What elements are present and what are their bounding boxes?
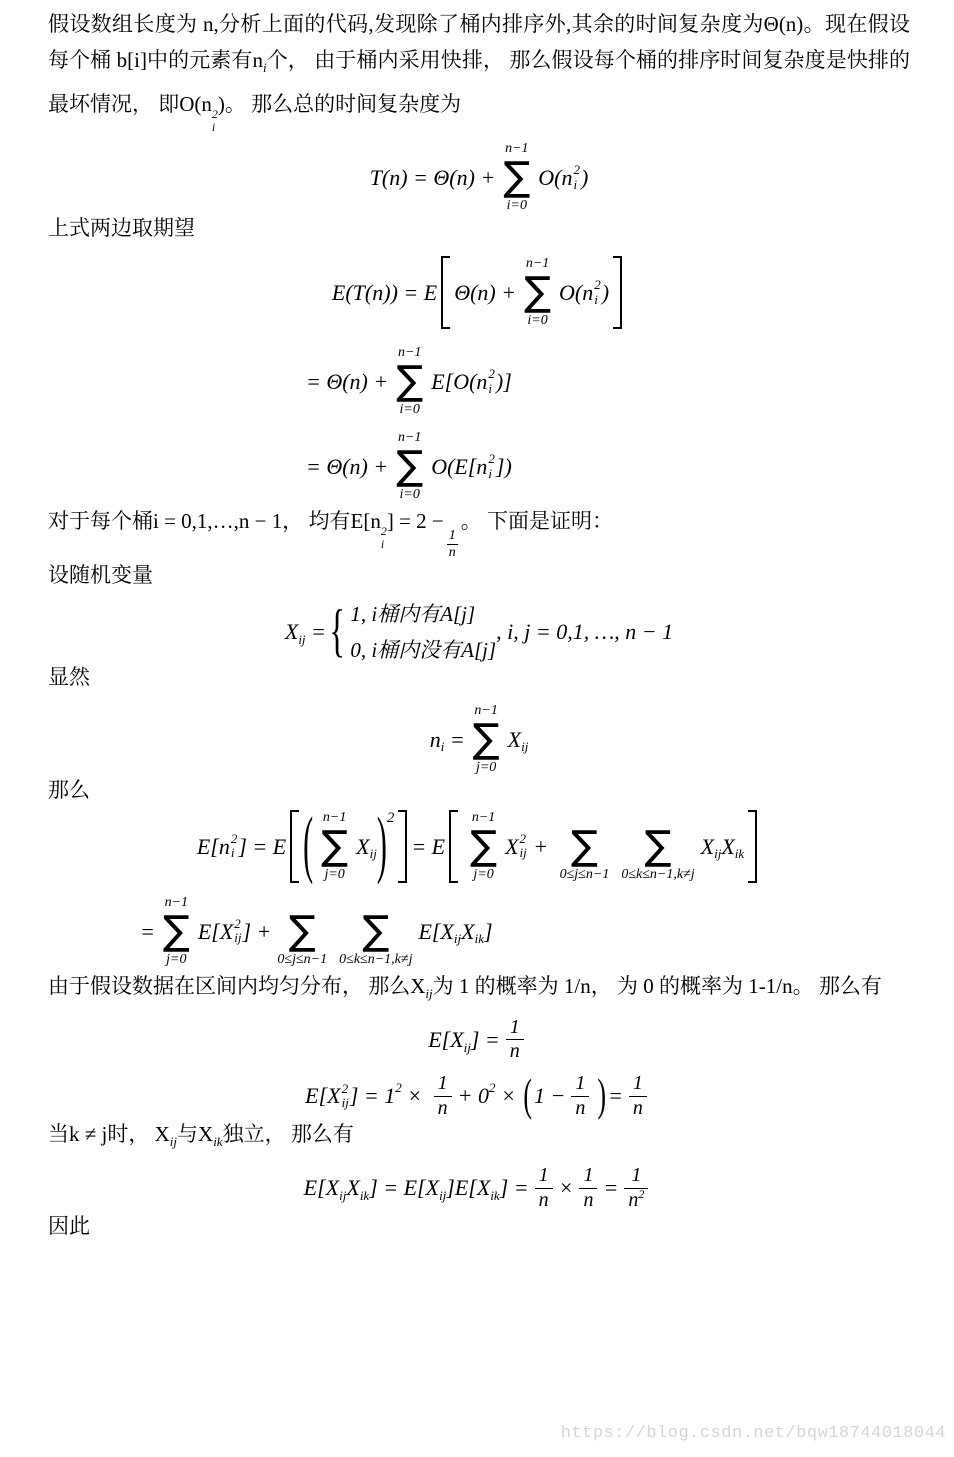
formula-total-time-complexity: T(n) = Θ(n) + n−1∑i=0 O(n 2i ) [48,141,910,214]
fraction: 1n [629,1072,647,1120]
math-run: + [528,833,554,861]
sup-sub-stack: 2i [488,452,495,481]
math-run: ]E[X [446,1174,490,1202]
paragraph-uniform-distribution: 由于假设数据在区间内均匀分布， 那么Xij为 1 的概率为 1/n， 为 0 的… [48,968,910,1012]
math-run: E[X [305,1082,340,1110]
label-define-random-variable: 设随机变量 [48,561,910,589]
paragraph-intro: 假设数组长度为 n,分析上面的代码,发现除了桶内排序外,其余的时间复杂度为Θ(n… [48,6,910,133]
left-brace-icon: { [329,603,345,662]
paragraph-independence: 当k ≠ j时， Xij与Xik独立， 那么有 [48,1120,910,1156]
math-run: = [140,918,155,946]
left-bracket [449,810,458,883]
summation-symbol: n−1∑i=0 [501,141,532,214]
denominator-squared: n2 [624,1188,648,1213]
summation-symbol: ∑0≤k≤n−1,k≠j [339,895,412,968]
formula-e-xij: E[X ij ] = 1n [48,1016,910,1064]
label-then: 那么 [48,776,910,804]
math-run: X [356,833,369,861]
fraction: 1n [579,1164,597,1212]
math-run: T(n) = Θ(n) + [370,164,496,192]
math-run: E[X [304,1174,339,1202]
sigma-icon: ∑ [360,911,391,952]
right-paren-icon: ) [597,1073,606,1119]
fraction: 1n [535,1164,553,1212]
watermark: https://blog.csdn.net/bqw18744018044 [561,1424,946,1443]
math-run: ) [581,164,588,192]
math-run: = Θ(n) + [306,368,388,396]
math-run: X [721,833,734,861]
sup-sub-stack: 2ij [342,1082,349,1111]
formula-expectation-step3: = Θ(n) + n−1∑i=0 O(E[n 2i ]) [48,430,910,503]
sigma-icon: ∑ [394,361,425,402]
label-therefore: 因此 [48,1212,910,1240]
math-run: ] = 1 [350,1082,395,1110]
math-run: ] = E[X [369,1174,439,1202]
math-run: E[n [197,833,230,861]
summation-symbol: n−1∑i=0 [394,345,425,418]
subscript: ij [464,1040,471,1056]
subscript: ij [714,846,721,862]
left-bracket [290,810,299,883]
subscript: i [441,739,445,755]
math-run: O(n [538,164,572,192]
sigma-icon: ∑ [522,272,553,313]
sigma-icon: ∑ [319,826,350,867]
math-run: ] [484,918,493,946]
math-run: ] + [243,918,272,946]
math-run: × [495,1082,521,1110]
case-one: 1, i桶内有A[j] [350,601,475,627]
math-run: E[X [198,918,233,946]
sigma-icon: ∑ [468,826,499,867]
subscript: ik [490,1188,499,1204]
sup-sub-stack: 2i [573,163,580,192]
case-zero: 0, i桶内没有A[j] [350,637,496,663]
math-run: = [608,1082,623,1110]
sigma-icon: ∑ [394,446,425,487]
document-body: 假设数组长度为 n,分析上面的代码,发现除了桶内排序外,其余的时间复杂度为Θ(n… [0,0,954,1240]
math-run: = [444,726,464,754]
math-run: × [559,1174,574,1202]
math-run: 1 − [534,1082,565,1110]
superscript: 2 [489,1080,496,1096]
math-run: + 0 [458,1082,489,1110]
subscript: ij [339,1188,346,1204]
squared-superscript: 2 [387,809,395,828]
summation-symbol: ∑0≤j≤n−1 [560,810,610,883]
math-run: = E [411,833,445,861]
right-bracket [748,810,757,883]
math-run: E[O(n [431,368,487,396]
fraction: 1n2 [624,1164,648,1212]
subscript: ij [454,931,461,947]
sup-sub-stack: 2i [231,832,238,861]
summation-symbol: n−1∑j=0 [319,810,350,883]
intro-text-3: )。 那么总的时间复杂度为 [218,92,461,116]
summation-symbol: n−1∑i=0 [522,256,553,329]
left-paren-icon: ( [523,1073,532,1119]
label-obviously: 显然 [48,663,910,691]
math-run: = [306,618,326,646]
formula-expectation-step2: = Θ(n) + n−1∑i=0 E[O(n 2i )] [48,345,910,418]
inline-fraction: 1n [447,528,458,561]
math-run: E[X [418,918,453,946]
subscript: ik [735,846,744,862]
fraction: 1n [571,1072,589,1120]
math-run: )] [496,368,512,396]
math-run: X [505,833,518,861]
formula-expand-square: E[n 2i ] = E ( n−1∑j=0 X ij ) 2 = E n−1∑… [48,810,910,883]
subscript-ik: ik [213,1134,222,1149]
math-run: X [701,833,714,861]
math-run: O(n [559,279,593,307]
summation-symbol: n−1∑j=0 [471,703,502,776]
left-bracket [441,256,450,329]
summation-symbol: ∑0≤k≤n−1,k≠j [621,810,694,883]
right-paren-icon: ) [377,809,387,884]
summation-symbol: n−1∑i=0 [394,430,425,503]
paragraph-bucket-claim: 对于每个桶i = 0,1,…,n − 1， 均有E[n2i] = 2 −1n。 … [48,503,910,561]
math-run: ] = [500,1174,529,1202]
summation-symbol: n−1∑j=0 [161,895,192,968]
sigma-icon: ∑ [471,719,502,760]
formula-expectation-both-sides: E(T(n)) = E Θ(n) + n−1∑i=0 O(n 2i ) [48,256,910,329]
math-run: ) [602,279,609,307]
math-run: X [346,1174,359,1202]
math-run: E(T(n)) = E [332,279,437,307]
formula-expectation-sum: = n−1∑j=0 E[X 2ij ] + ∑0≤j≤n−1 ∑0≤k≤n−1,… [48,895,910,968]
sigma-icon: ∑ [501,157,532,198]
sup-sub-stack: 2i [594,278,601,307]
subscript: ij [298,632,305,648]
subscript-ij: ij [425,986,432,1001]
sigma-icon: ∑ [643,826,674,867]
fraction: 1n [434,1072,452,1120]
formula-e-xij-xik: E[X ij X ik ] = E[X ij ]E[X ik ] = 1n × … [48,1164,910,1212]
math-run: ] = E [238,833,286,861]
subscript: ik [360,1188,369,1204]
subscript: ij [439,1188,446,1204]
right-bracket [613,256,622,329]
math-run: = Θ(n) + [306,453,388,481]
fraction: 1n [506,1016,524,1064]
subscript-ij: ij [170,1134,177,1149]
cases-stack: 1, i桶内有A[j]0, i桶内没有A[j] [350,601,496,663]
math-run: ] = [471,1026,500,1054]
label-take-expectation: 上式两边取期望 [48,214,910,242]
math-run: Θ(n) + [454,279,516,307]
math-run: E[X [428,1026,463,1054]
math-run: O(E[n [431,453,487,481]
math-run: X [461,918,474,946]
formula-indicator-definition: X ij = { 1, i桶内有A[j]0, i桶内没有A[j] , i, j … [48,601,910,663]
left-paren-icon: ( [303,809,313,884]
math-run: × [402,1082,428,1110]
summation-symbol: n−1∑j=0 [468,810,499,883]
right-bracket [398,810,407,883]
summation-symbol: ∑0≤j≤n−1 [277,895,327,968]
formula-e-xij-squared: E[X 2ij ] = 1 2 × 1n + 0 2 × ( 1 − 1n ) … [48,1072,910,1120]
sigma-icon: ∑ [287,911,318,952]
subscript: ik [475,931,484,947]
math-run: n [430,726,441,754]
sup-sub-stack: 2i [488,367,495,396]
math-run: X [285,618,298,646]
math-run: , i, j = 0,1, …, n − 1 [496,618,673,646]
sup-sub-stack: 2ij [234,917,241,946]
formula-ni-sum: n i = n−1∑j=0 X ij [48,703,910,776]
sup-sub-stack: 2ij [520,832,527,861]
sigma-icon: ∑ [569,826,600,867]
math-run: X [508,726,521,754]
sigma-icon: ∑ [161,911,192,952]
superscript: 2 [395,1080,402,1096]
math-run: ]) [496,453,512,481]
subscript: ij [521,739,528,755]
math-run: = [603,1174,618,1202]
subscript: ij [370,846,377,862]
